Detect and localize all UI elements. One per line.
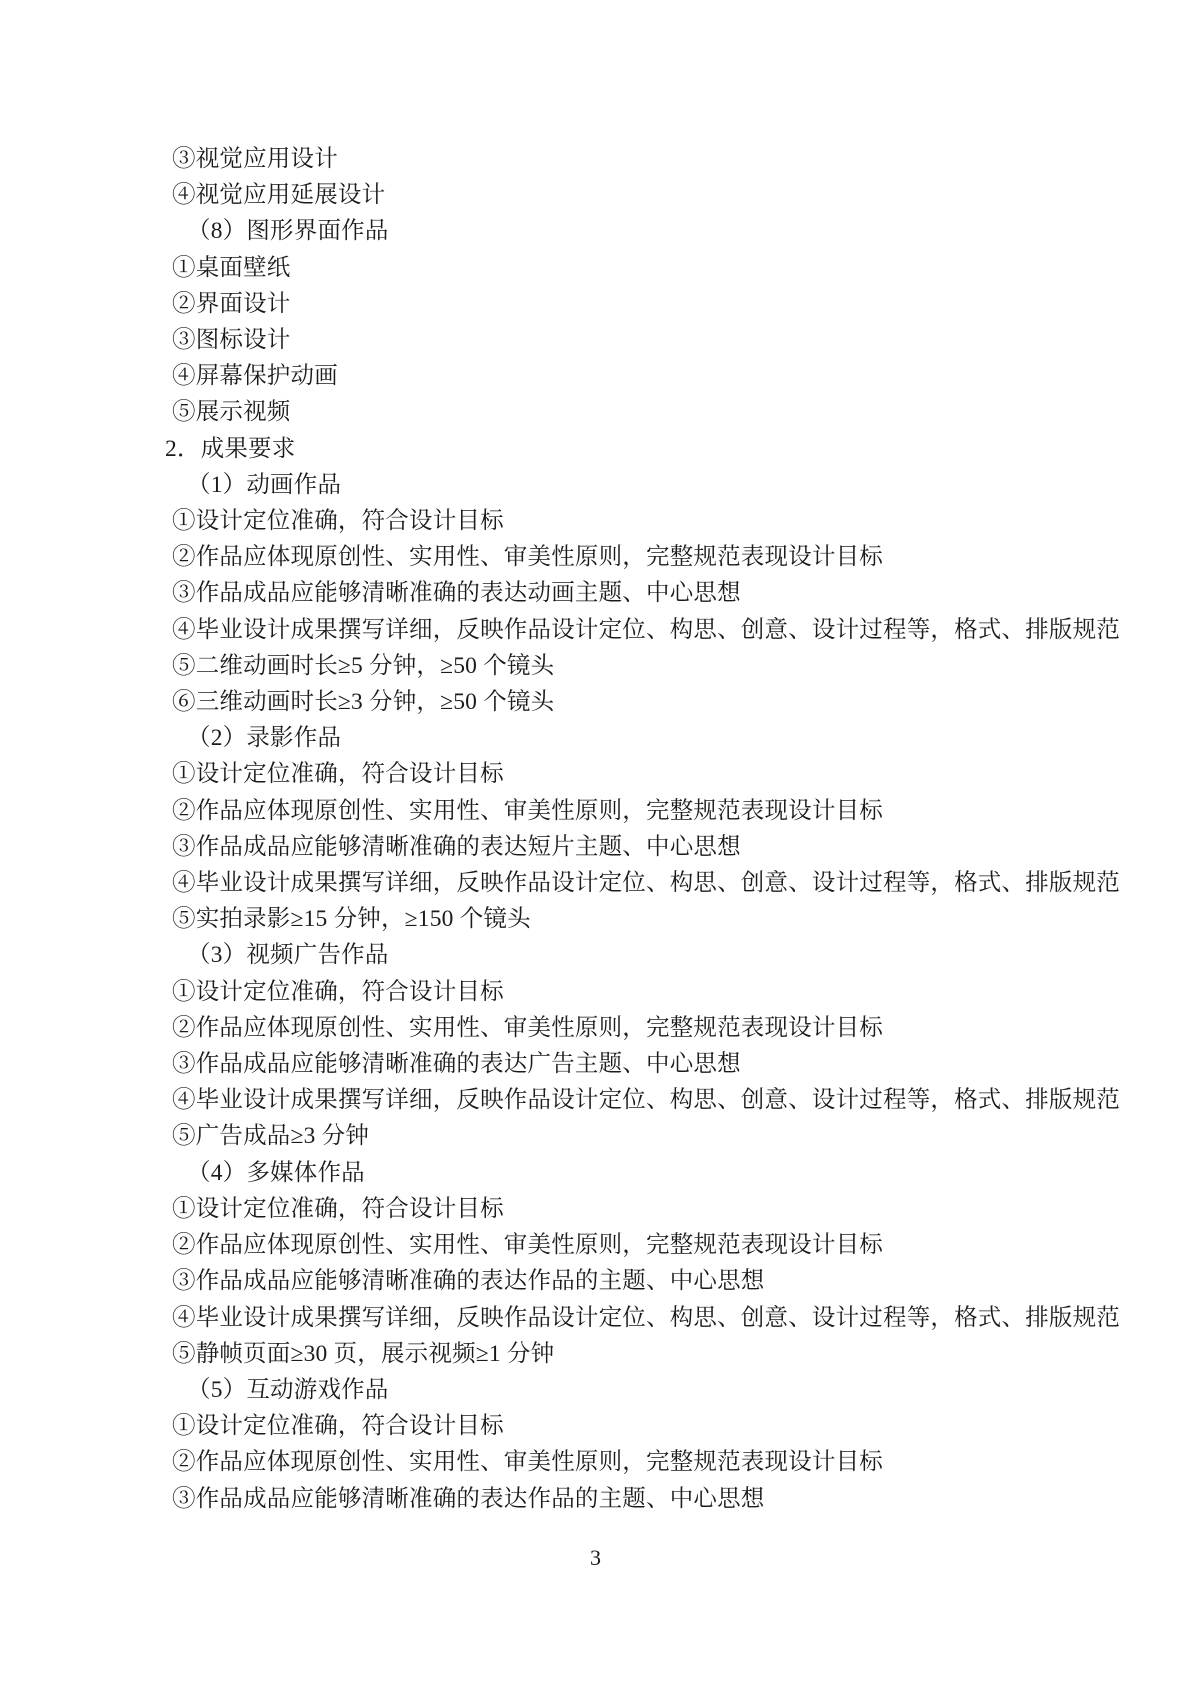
text-line: ③图标设计	[163, 322, 1083, 358]
text-line: ⑥三维动画时长≥3 分钟，≥50 个镜头	[163, 684, 1083, 720]
text-line: ④毕业设计成果撰写详细，反映作品设计定位、构思、创意、设计过程等，格式、排版规范	[163, 1300, 1083, 1336]
text-line: ⑤实拍录影≥15 分钟，≥150 个镜头	[163, 901, 1083, 937]
text-line: ⑤展示视频	[163, 394, 1083, 430]
text-line: （5）互动游戏作品	[163, 1372, 1083, 1408]
page-number: 3	[590, 1545, 601, 1570]
text-line: ④视觉应用延展设计	[163, 177, 1083, 213]
text-line: ①设计定位准确，符合设计目标	[163, 1408, 1083, 1444]
text-line: ③作品成品应能够清晰准确的表达作品的主题、中心思想	[163, 1263, 1083, 1299]
text-line: ⑤广告成品≥3 分钟	[163, 1118, 1083, 1154]
text-line: ④毕业设计成果撰写详细，反映作品设计定位、构思、创意、设计过程等，格式、排版规范	[163, 865, 1083, 901]
text-line: ④毕业设计成果撰写详细，反映作品设计定位、构思、创意、设计过程等，格式、排版规范	[163, 1082, 1083, 1118]
text-line: ①设计定位准确，符合设计目标	[163, 974, 1083, 1010]
text-line: ③作品成品应能够清晰准确的表达短片主题、中心思想	[163, 829, 1083, 865]
text-line: ②作品应体现原创性、实用性、审美性原则，完整规范表现设计目标	[163, 1227, 1083, 1263]
text-line: ④毕业设计成果撰写详细，反映作品设计定位、构思、创意、设计过程等，格式、排版规范	[163, 612, 1083, 648]
text-line: 2．成果要求	[163, 431, 1083, 467]
text-line: ②作品应体现原创性、实用性、审美性原则，完整规范表现设计目标	[163, 539, 1083, 575]
text-line: ①桌面壁纸	[163, 250, 1083, 286]
document-page: ③视觉应用设计④视觉应用延展设计（8）图形界面作品①桌面壁纸②界面设计③图标设计…	[0, 0, 1191, 1684]
text-line: ②作品应体现原创性、实用性、审美性原则，完整规范表现设计目标	[163, 1010, 1083, 1046]
text-line: （1）动画作品	[163, 467, 1083, 503]
text-line: ①设计定位准确，符合设计目标	[163, 503, 1083, 539]
text-line: ③视觉应用设计	[163, 141, 1083, 177]
text-line: ③作品成品应能够清晰准确的表达广告主题、中心思想	[163, 1046, 1083, 1082]
text-line: ③作品成品应能够清晰准确的表达作品的主题、中心思想	[163, 1481, 1083, 1517]
document-body: ③视觉应用设计④视觉应用延展设计（8）图形界面作品①桌面壁纸②界面设计③图标设计…	[163, 141, 1083, 1517]
text-line: ③作品成品应能够清晰准确的表达动画主题、中心思想	[163, 575, 1083, 611]
text-line: ②作品应体现原创性、实用性、审美性原则，完整规范表现设计目标	[163, 1444, 1083, 1480]
text-line: ①设计定位准确，符合设计目标	[163, 756, 1083, 792]
text-line: ④屏幕保护动画	[163, 358, 1083, 394]
text-line: ⑤二维动画时长≥5 分钟，≥50 个镜头	[163, 648, 1083, 684]
text-line: ②界面设计	[163, 286, 1083, 322]
text-line: ⑤静帧页面≥30 页，展示视频≥1 分钟	[163, 1336, 1083, 1372]
text-line: （2）录影作品	[163, 720, 1083, 756]
page-footer: 3	[0, 1544, 1191, 1572]
text-line: ②作品应体现原创性、实用性、审美性原则，完整规范表现设计目标	[163, 793, 1083, 829]
text-line: （4）多媒体作品	[163, 1155, 1083, 1191]
text-line: （8）图形界面作品	[163, 213, 1083, 249]
text-line: ①设计定位准确，符合设计目标	[163, 1191, 1083, 1227]
text-line: （3）视频广告作品	[163, 937, 1083, 973]
